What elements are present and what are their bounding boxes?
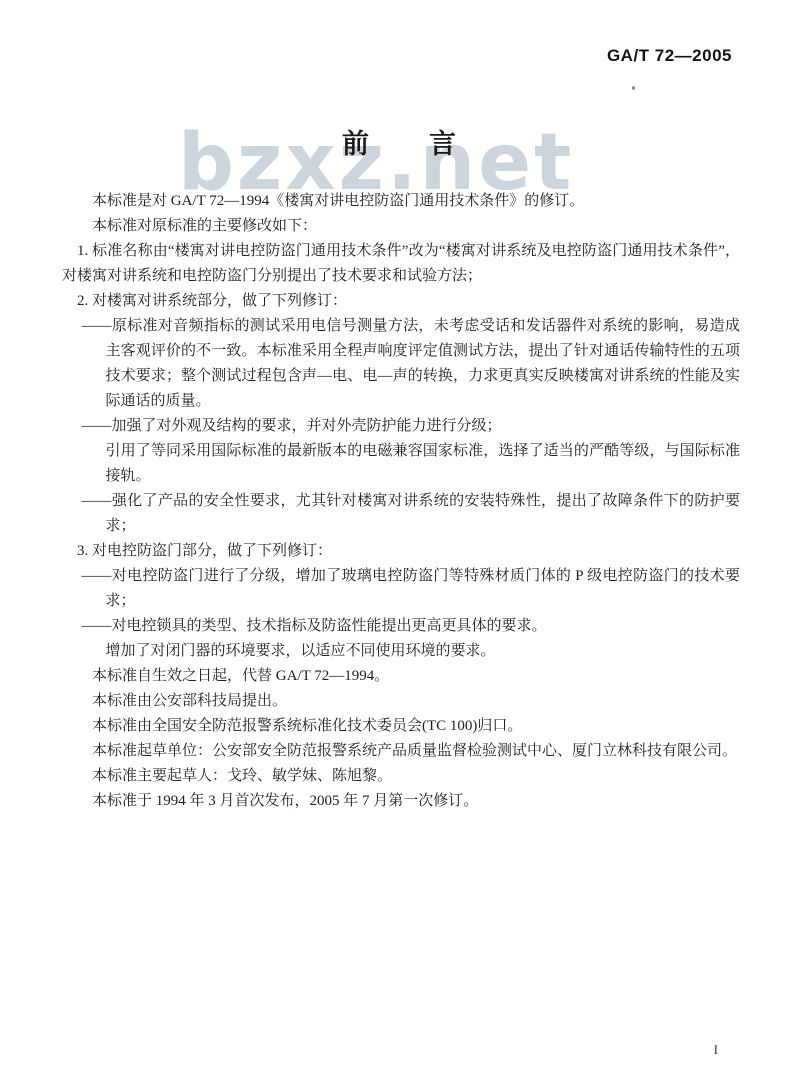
- paragraph: ——强化了产品的安全性要求，尤其针对楼寓对讲系统的安装特殊性，提出了故障条件下的…: [62, 489, 740, 539]
- paragraph: 本标准是对 GA/T 72—1994《楼寓对讲电控防盗门通用技术条件》的修订。: [62, 189, 740, 214]
- paragraph: 3. 对电控防盗门部分，做了下列修订：: [62, 539, 740, 564]
- document-page: bzxz.net GA/T 72—2005 前 言 本标准是对 GA/T 72—…: [0, 0, 800, 1082]
- paragraph: 本标准自生效之日起，代替 GA/T 72—1994。: [62, 664, 740, 689]
- paragraph: 1. 标准名称由“楼寓对讲电控防盗门通用技术条件”改为“楼寓对讲系统及电控防盗门…: [62, 239, 740, 289]
- page-title: 前 言: [0, 122, 800, 161]
- page-number: I: [714, 1042, 718, 1058]
- paragraph: ——对电控锁具的类型、技术指标及防盗性能提出更高更具体的要求。: [62, 614, 740, 639]
- paragraph: ——加强了对外观及结构的要求，并对外壳防护能力进行分级；: [62, 414, 740, 439]
- scan-speck: [632, 86, 635, 90]
- paragraph: 增加了对闭门器的环境要求，以适应不同使用环境的要求。: [62, 639, 740, 664]
- paragraph: 本标准于 1994 年 3 月首次发布，2005 年 7 月第一次修订。: [62, 789, 740, 814]
- foreword-paragraphs: 本标准是对 GA/T 72—1994《楼寓对讲电控防盗门通用技术条件》的修订。本…: [62, 189, 740, 814]
- paragraph: 本标准对原标准的主要修改如下：: [62, 214, 740, 239]
- paragraph: ——原标准对音频指标的测试采用电信号测量方法，未考虑受话和发话器件对系统的影响，…: [62, 314, 740, 414]
- paragraph: 本标准由公安部科技局提出。: [62, 689, 740, 714]
- paragraph: 引用了等同采用国际标准的最新版本的电磁兼容国家标准，选择了适当的严酷等级，与国际…: [62, 439, 740, 489]
- paragraph: ——对电控防盗门进行了分级，增加了玻璃电控防盗门等特殊材质门体的 P 级电控防盗…: [62, 564, 740, 614]
- standard-number-header: GA/T 72—2005: [607, 46, 732, 66]
- paragraph: 本标准起草单位：公安部安全防范报警系统产品质量监督检验测试中心、厦门立林科技有限…: [62, 739, 740, 764]
- paragraph: 本标准主要起草人：戈玲、敏学妹、陈旭黎。: [62, 764, 740, 789]
- paragraph: 本标准由全国安全防范报警系统标准化技术委员会(TC 100)归口。: [62, 714, 740, 739]
- paragraph: 2. 对楼寓对讲系统部分，做了下列修订：: [62, 289, 740, 314]
